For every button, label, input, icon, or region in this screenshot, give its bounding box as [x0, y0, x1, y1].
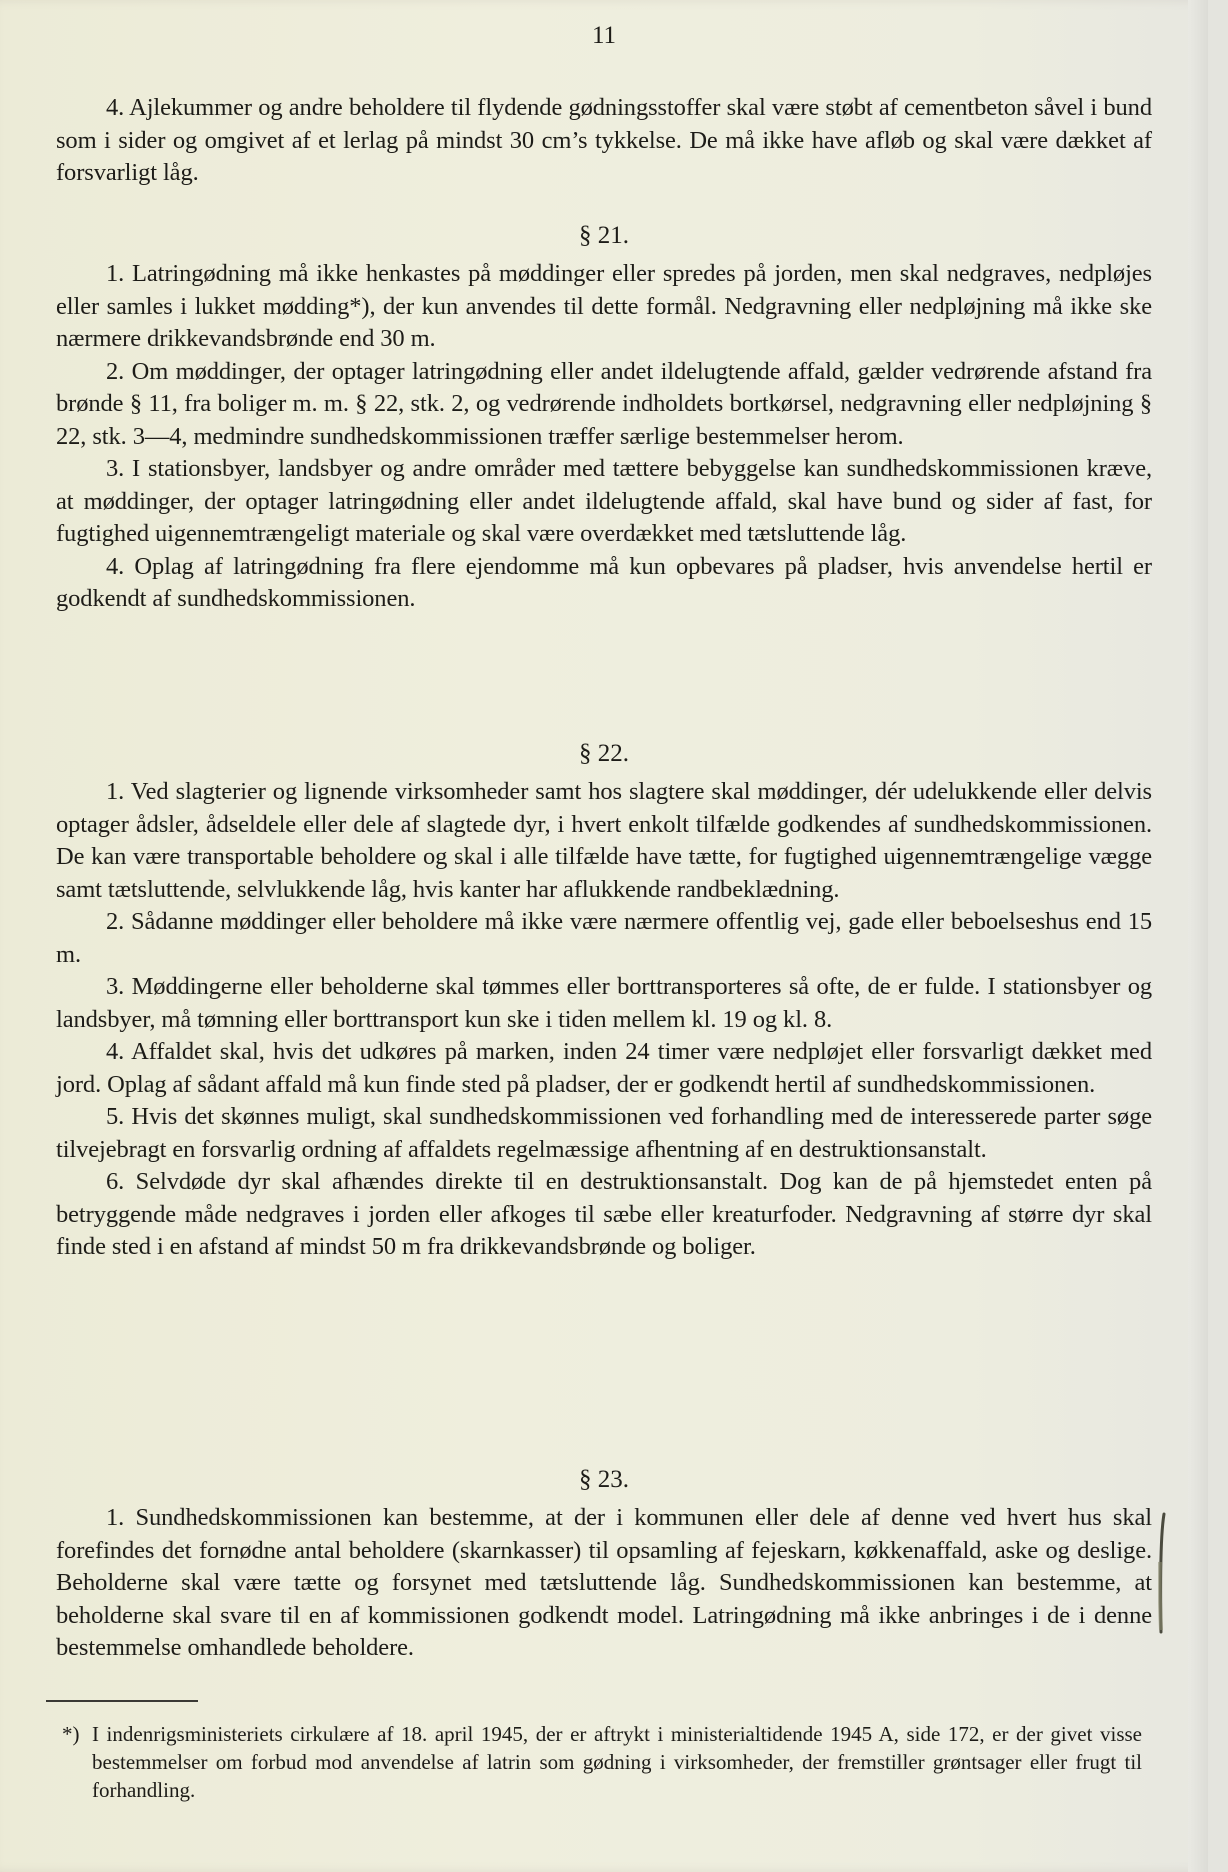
section-23-body: 1. Sundhedskommissionen kan bestemme, at… [56, 1502, 1152, 1665]
paragraph: 3. Møddingerne eller beholderne skal tøm… [56, 971, 1152, 1036]
document-page: 11 4. Ajlekummer og andre beholdere til … [0, 0, 1208, 1872]
paragraph: 1. Ved slagterier og lignende virksomhed… [56, 776, 1152, 906]
section-heading-22: § 22. [0, 740, 1208, 768]
footnote-mark: *) [62, 1720, 80, 1748]
footnote: *) I indenrigsministeriets cirkulære af … [62, 1720, 1142, 1804]
paragraph: 6. Selvdøde dyr skal afhændes direkte ti… [56, 1166, 1152, 1264]
page-edge [1188, 0, 1208, 1872]
paragraph: 2. Sådanne møddinger eller beholdere må … [56, 906, 1152, 971]
section-21-body: 1. Latringødning må ikke henkastes på mø… [56, 258, 1152, 616]
paragraph: 1. Sundhedskommissionen kan bestemme, at… [56, 1502, 1152, 1665]
footnote-text: I indenrigsministeriets cirkulære af 18.… [92, 1720, 1142, 1804]
paragraph: 3. I stationsbyer, landsbyer og andre om… [56, 453, 1152, 551]
paragraph: 1. Latringødning må ikke henkastes på mø… [56, 258, 1152, 356]
pencil-margin-mark-icon [1158, 1512, 1166, 1634]
section-heading-23: § 23. [0, 1466, 1208, 1494]
continuation-block: 4. Ajlekummer og andre beholdere til fly… [56, 92, 1152, 190]
section-22-body: 1. Ved slagterier og lignende virksomhed… [56, 776, 1152, 1264]
paragraph: 4. Ajlekummer og andre beholdere til fly… [56, 92, 1152, 190]
paragraph: 2. Om møddinger, der optager latringødni… [56, 356, 1152, 454]
paragraph: 5. Hvis det skønnes muligt, skal sundhed… [56, 1101, 1152, 1166]
paragraph: 4. Affaldet skal, hvis det udkøres på ma… [56, 1036, 1152, 1101]
section-heading-21: § 21. [0, 222, 1208, 250]
page-number: 11 [0, 22, 1208, 50]
footnote-divider [46, 1700, 198, 1702]
paragraph: 4. Oplag af latringødning fra flere ejen… [56, 551, 1152, 616]
